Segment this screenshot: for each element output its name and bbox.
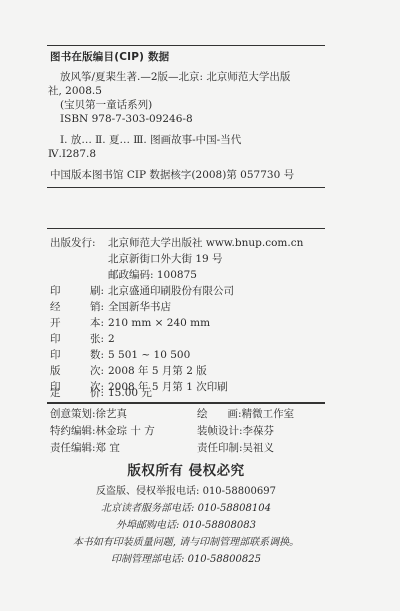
pub-row-value: 2008 年 5 月第 2 版	[108, 364, 207, 378]
pub-row-printer: 印刷: 北京盛通印刷股份有限公司	[50, 284, 234, 298]
reader-service-phone: 北京读者服务部电话: 010-58808104	[0, 502, 372, 516]
publisher-label: 出版发行:	[50, 236, 108, 250]
credit-responsible-editor: 责任编辑:郑 宜	[50, 441, 120, 455]
credits-top-rule	[47, 402, 325, 404]
cip-line-2: 社, 2008.5	[48, 84, 102, 98]
pub-row-value: 2	[108, 332, 115, 346]
cip-series: (宝贝第一童话系列)	[60, 98, 152, 112]
mail-order-phone: 外埠邮购电话: 010-58808083	[0, 519, 372, 533]
quality-notice: 本书如有印装质量问题, 请与印制管理部联系调换。	[0, 536, 372, 550]
print-management-phone: 印制管理部电话: 010-58800825	[0, 553, 372, 567]
top-rule	[47, 45, 325, 46]
pub-row-distributor: 经销: 全国新华书店	[50, 300, 171, 314]
pub-row-format: 开本: 210 mm × 240 mm	[50, 316, 210, 330]
copyright-page: 图书在版编目(CIP) 数据 放风筝/夏棐生著.—2版—北京: 北京师范大学出版…	[0, 0, 400, 611]
pub-row-value: 15.00 元	[108, 386, 152, 400]
publisher-address: 北京新街口外大街 19 号	[108, 252, 223, 266]
credit-print-manager: 责任印制:吴祖义	[197, 441, 274, 455]
pub-row-print-run: 印数: 5 501 ~ 10 500	[50, 348, 190, 362]
credit-design: 装帧设计:李葆芬	[197, 424, 274, 438]
cip-classification: Ⅳ.I287.8	[48, 147, 96, 161]
credit-illustration: 绘 画:精微工作室	[197, 407, 294, 421]
pub-row-price: 定价: 15.00 元	[50, 386, 152, 400]
cip-title: 图书在版编目(CIP) 数据	[50, 50, 169, 64]
publisher-value: 北京师范大学出版社 www.bnup.com.cn	[108, 236, 303, 250]
pub-row-value: 210 mm × 240 mm	[108, 316, 210, 330]
piracy-hotline: 反盗版、侵权举报电话: 010-58800697	[0, 485, 372, 499]
all-rights-reserved: 版权所有 侵权必究	[0, 464, 372, 478]
cip-bottom-rule	[47, 187, 325, 188]
pub-row-value: 5 501 ~ 10 500	[108, 348, 190, 362]
credit-special-editor: 特约编辑:林金琮 十 方	[50, 424, 155, 438]
cip-subjects: Ⅰ. 放… Ⅱ. 夏… Ⅲ. 图画故事-中国-当代	[60, 133, 241, 147]
cip-isbn: ISBN 978-7-303-09246-8	[60, 112, 193, 126]
pub-row-value: 北京盛通印刷股份有限公司	[108, 284, 234, 298]
pub-row-edition: 版次: 2008 年 5 月第 2 版	[50, 364, 207, 378]
publisher-row: 出版发行: 北京师范大学出版社 www.bnup.com.cn	[50, 236, 303, 250]
cip-record-number: 中国版本图书馆 CIP 数据核字(2008)第 057730 号	[50, 168, 294, 182]
publisher-postcode: 邮政编码: 100875	[108, 268, 197, 282]
pub-row-value: 全国新华书店	[108, 300, 171, 314]
credit-concept: 创意策划:徐艺真	[50, 407, 127, 421]
pub-row-sheets: 印张: 2	[50, 332, 115, 346]
publication-top-rule	[47, 228, 325, 229]
cip-line-1: 放风筝/夏棐生著.—2版—北京: 北京师范大学出版	[60, 70, 290, 84]
